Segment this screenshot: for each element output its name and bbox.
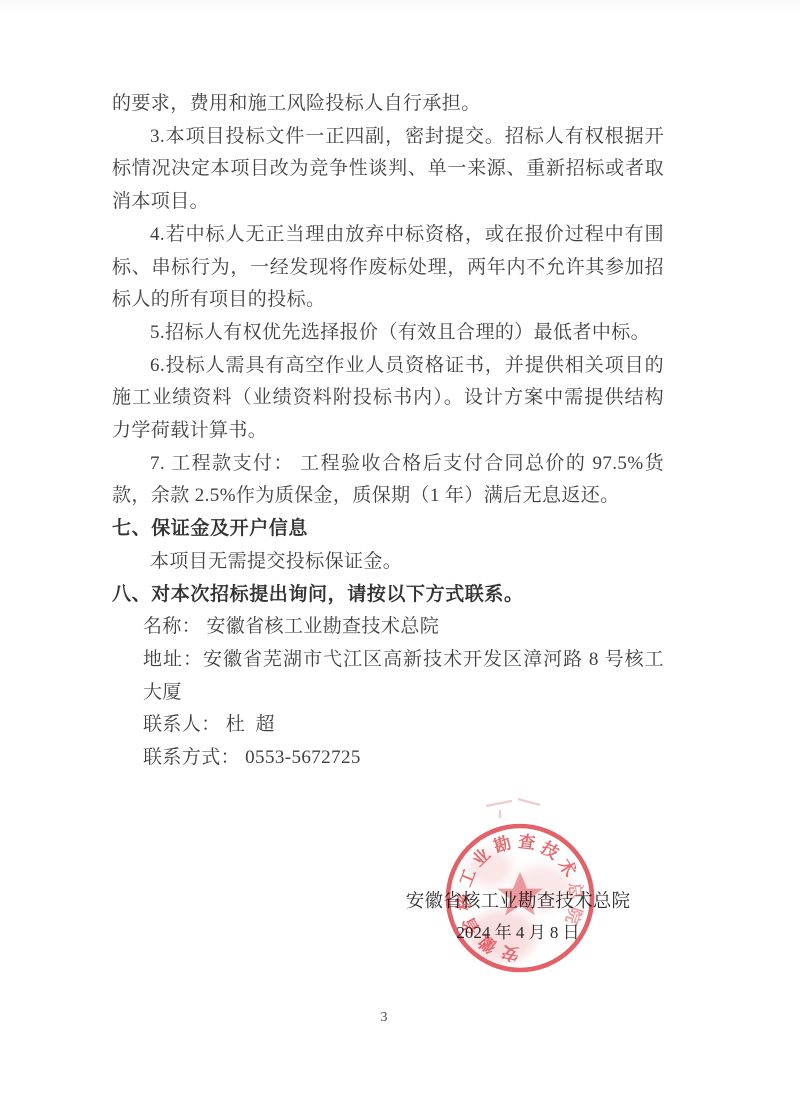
svg-text:业: 业 <box>469 845 494 870</box>
section-8-heading: 八、对本次招标提出询问，请按以下方式联系。 <box>112 579 664 612</box>
document-body: 的要求，费用和施工风险投标人自行承担。 3.本项目投标文件一正四副，密封提交。招… <box>112 88 664 775</box>
paragraph: 4.若中标人无正当理由放弃中标资格，或在报价过程中有围标、串标行为，一经发现将作… <box>112 219 664 317</box>
paragraph: 7. 工程款支付： 工程验收合格后支付合同总价的 97.5%货款，余款 2.5%… <box>112 448 664 513</box>
svg-text:查: 查 <box>517 831 536 853</box>
svg-text:术: 术 <box>554 854 581 880</box>
paragraph: 的要求，费用和施工风险投标人自行承担。 <box>112 88 664 121</box>
contact-address: 地址：安徽省芜湖市弋江区高新技术开发区漳河路 8 号核工大厦 <box>143 644 664 709</box>
section-7-heading: 七、保证金及开户信息 <box>112 513 664 546</box>
contact-name: 名称： 安徽省核工业勘查技术总院 <box>143 611 664 644</box>
signature-block: 安徽省核工业勘查技术总院 2024 年 4 月 8 日 <box>398 891 638 943</box>
svg-text:工: 工 <box>456 866 480 889</box>
paragraph: 6.投标人需具有高空作业人员资格证书，并提供相关项目的施工业绩资料（业绩资料附投… <box>112 350 664 448</box>
document-page: 的要求，费用和施工风险投标人自行承担。 3.本项目投标文件一正四副，密封提交。招… <box>0 0 800 1100</box>
signature-organization: 安徽省核工业勘查技术总院 <box>398 891 638 913</box>
section-7-body: 本项目无需提交投标保证金。 <box>112 546 664 579</box>
svg-text:安: 安 <box>500 942 520 965</box>
contact-person: 联系人： 杜 超 <box>143 709 664 742</box>
signature-date: 2024 年 4 月 8 日 <box>398 923 638 943</box>
svg-text:技: 技 <box>537 837 563 864</box>
svg-text:勘: 勘 <box>491 832 513 856</box>
page-number: 3 <box>370 1010 398 1026</box>
paragraph: 5.招标人有权优先选择报价（有效且合理的）最低者中标。 <box>112 317 664 350</box>
contact-phone: 联系方式： 0553-5672725 <box>143 742 664 775</box>
paragraph: 3.本项目投标文件一正四副，密封提交。招标人有权根据开标情况决定本项目改为竞争性… <box>112 121 664 219</box>
contact-info: 名称： 安徽省核工业勘查技术总院 地址：安徽省芜湖市弋江区高新技术开发区漳河路 … <box>112 611 664 775</box>
